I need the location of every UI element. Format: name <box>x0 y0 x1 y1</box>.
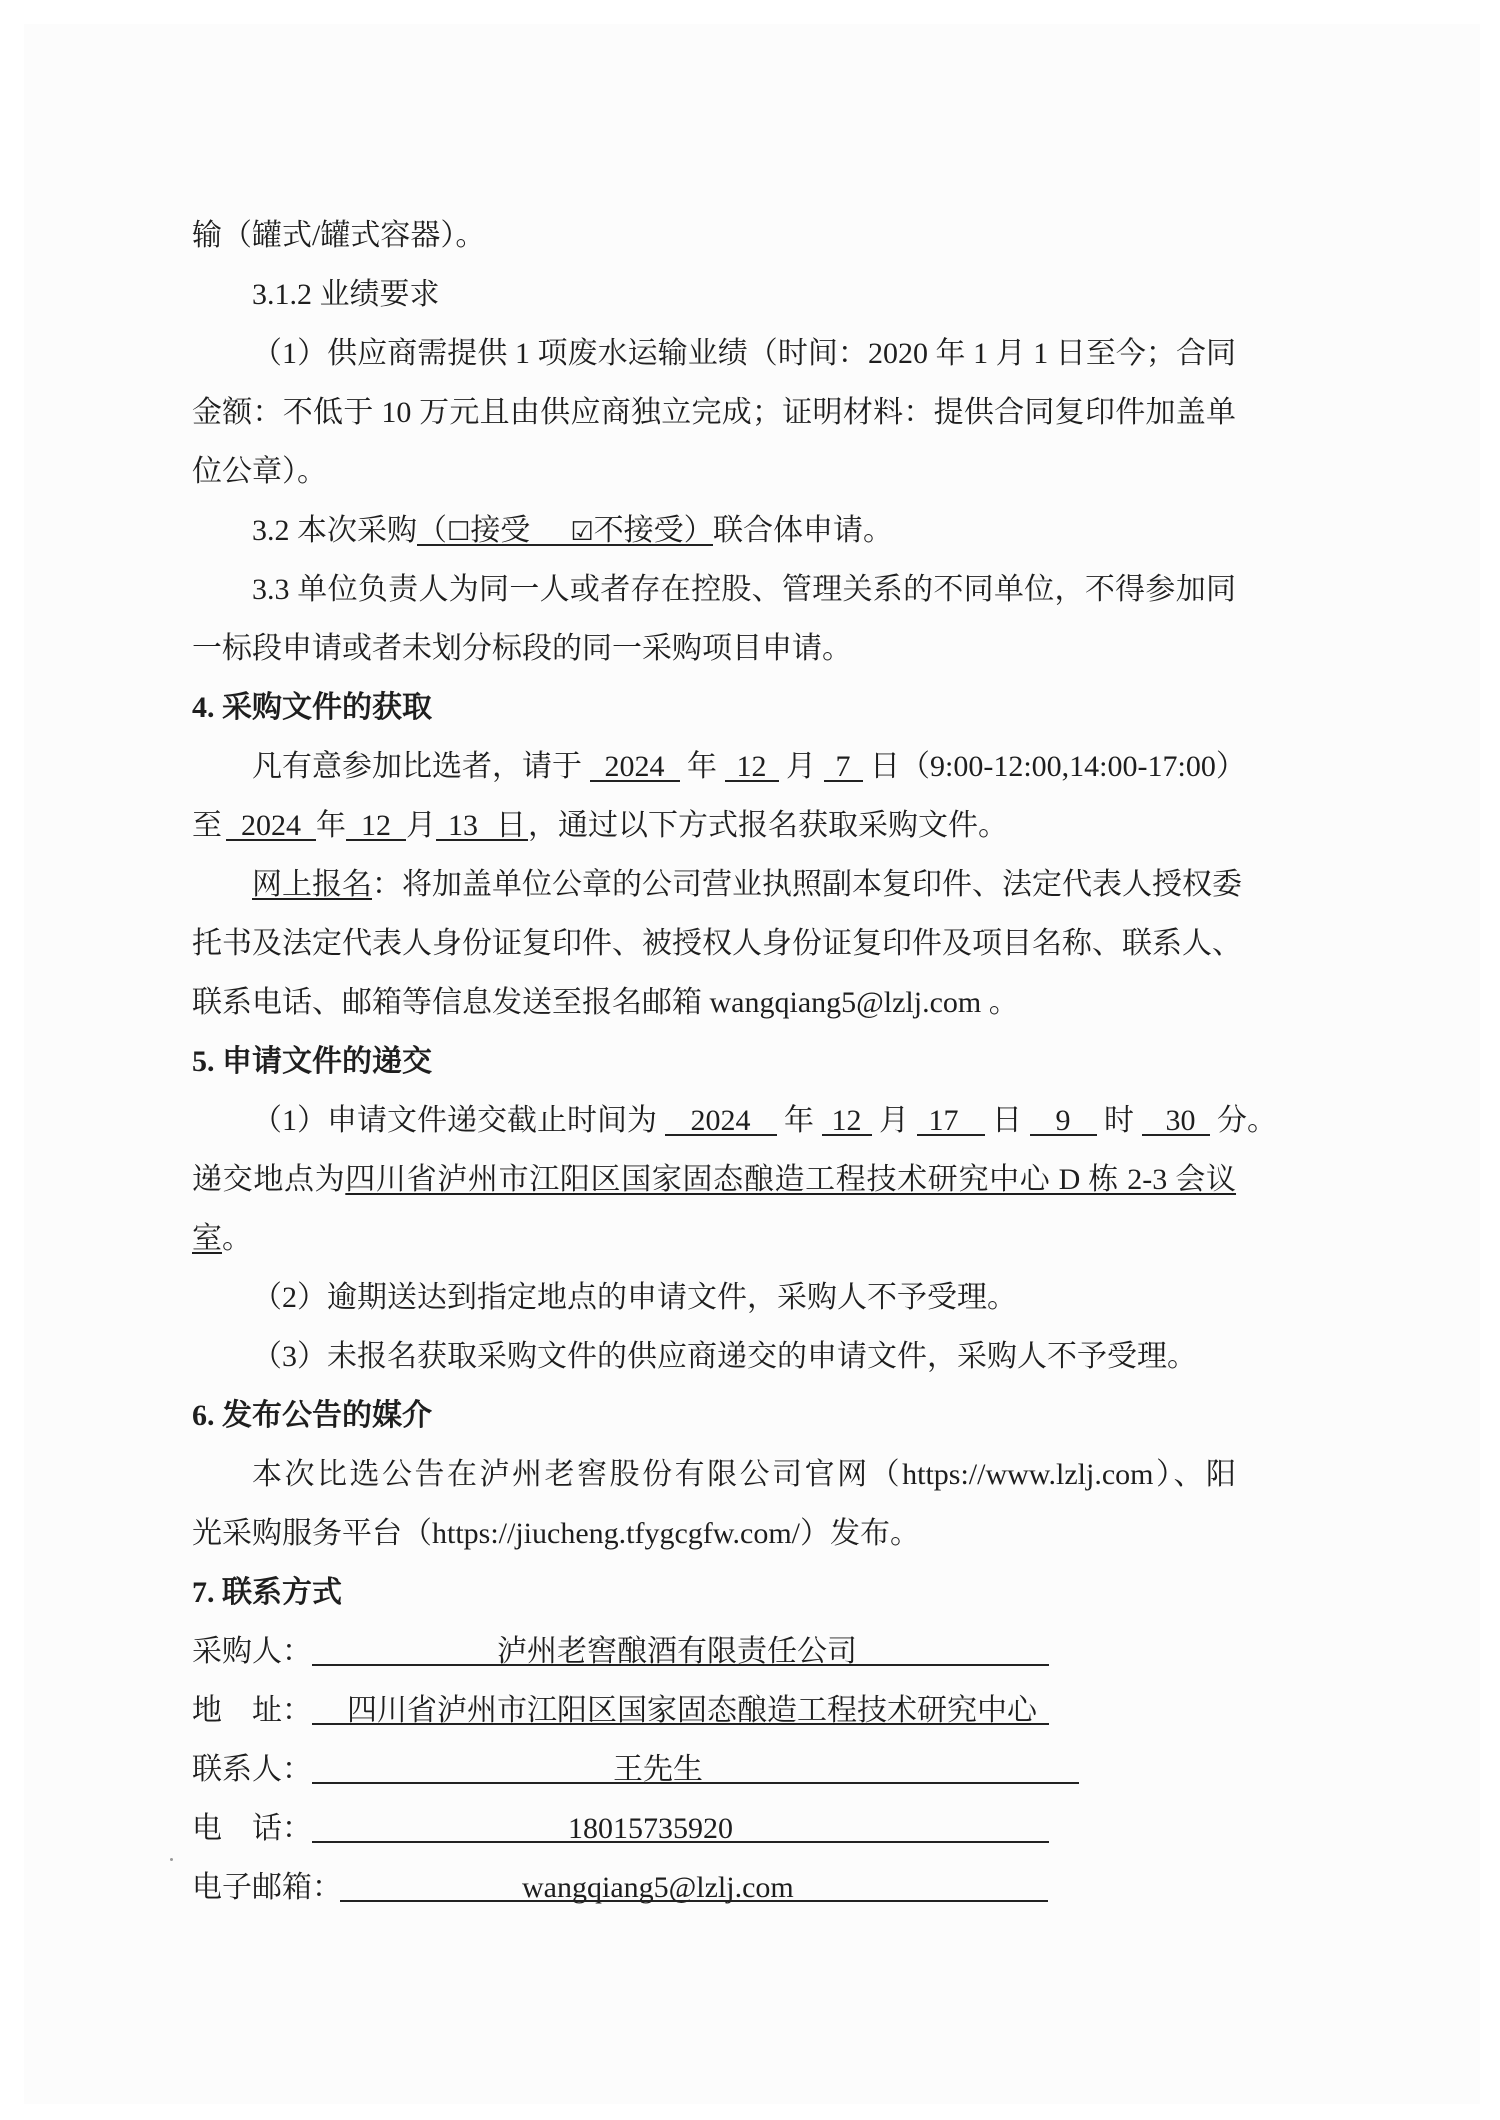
online-registration-line: 托书及法定代表人身份证复印件、被授权人身份证复印件及项目名称、联系人、 <box>192 914 1236 973</box>
performance-item-line: 金额：不低于 10 万元且由供应商独立完成；证明材料：提供合同复印件加盖单 <box>192 383 1236 442</box>
contact-row-purchaser: 采购人： 泸州老窖酿酒有限责任公司 <box>0 1622 1500 1681</box>
period-suffix: ，通过以下方式报名获取采购文件。 <box>528 809 1008 842</box>
location-address: 四川省泸州市江阳区国家固态酿造工程技术研究中心 D 栋 2-3 会议 <box>345 1163 1236 1196</box>
end-day-value: 13 <box>448 809 478 842</box>
deadline-prefix: （1）申请文件递交截止时间为 <box>252 1104 657 1137</box>
section-heading-7: 7. 联系方式 <box>192 1563 1236 1622</box>
section-heading-4: 4. 采购文件的获取 <box>192 678 1236 737</box>
period-prefix: 凡有意参加比选者，请于 <box>252 750 582 783</box>
contact-value: wangqiang5@lzlj.com <box>522 1858 794 1917</box>
performance-item-line: 位公章）。 <box>192 442 1236 501</box>
reject-label: 不接受 <box>594 514 684 547</box>
contact-field: wangqiang5@lzlj.com <box>340 1858 1048 1917</box>
end-day-field: 13日 <box>436 813 528 841</box>
publication-media-line: 本次比选公告在泸州老窖股份有限公司官网（https://www.lzlj.com… <box>252 1445 1236 1504</box>
submission-rule: （2）逾期送达到指定地点的申请文件，采购人不予受理。 <box>252 1268 1236 1327</box>
location-address: 室 <box>192 1222 222 1255</box>
minute-label: 分。 <box>1217 1104 1277 1137</box>
restriction-line: 3.3 单位负责人为同一人或者存在控股、管理关系的不同单位，不得参加同 <box>252 560 1236 619</box>
submission-location-line: 递交地点为四川省泸州市江阳区国家固态酿造工程技术研究中心 D 栋 2-3 会议 <box>192 1150 1236 1209</box>
contact-row-address: 地 址： 四川省泸州市江阳区国家固态酿造工程技术研究中心 <box>0 1681 1500 1740</box>
consortium-prefix: 3.2 本次采购 <box>252 514 417 547</box>
acquisition-period-end-line: 至2024年12月13日，通过以下方式报名获取采购文件。 <box>192 796 1236 855</box>
year-label: 年 <box>316 809 346 842</box>
registration-email-prefix: 联系电话、邮箱等信息发送至报名邮箱 <box>192 986 710 1019</box>
contact-row-person: 联系人： 王先生 <box>0 1740 1500 1799</box>
year-label: 年 <box>784 1104 814 1137</box>
submission-location-line: 室。 <box>192 1209 1236 1268</box>
year-label: 年 <box>687 750 717 783</box>
open-paren: （ <box>417 514 447 547</box>
day-label: 日 <box>870 750 900 783</box>
accept-label: 接受 <box>470 514 530 547</box>
contact-label: 电 话： <box>192 1799 312 1858</box>
contact-label: 采购人： <box>192 1622 312 1681</box>
deadline-month-field: 12 <box>822 1108 872 1136</box>
online-registration-label: 网上报名 <box>252 868 372 901</box>
start-year-field: 2024 <box>590 754 680 782</box>
scan-speck <box>170 1858 173 1861</box>
contact-field: 泸州老窖酿酒有限责任公司 <box>312 1622 1049 1681</box>
location-prefix: 递交地点为 <box>192 1163 345 1196</box>
contact-row-phone: 电 话： 18015735920 <box>0 1799 1500 1858</box>
office-hours: （9:00-12:00,14:00-17:00） <box>900 750 1246 783</box>
checkbox-checked-icon: ☑ <box>570 517 593 547</box>
checkbox-unchecked-icon: ☐ <box>447 517 470 547</box>
month-label: 月 <box>786 750 816 783</box>
consortium-suffix: 联合体申请。 <box>713 514 893 547</box>
subsection-heading-performance: 3.1.2 业绩要求 <box>252 265 1236 324</box>
consortium-clause: 3.2 本次采购（☐接受☑不接受）联合体申请。 <box>252 501 1236 560</box>
to-label: 至 <box>192 809 222 842</box>
contact-value: 四川省泸州市江阳区国家固态酿造工程技术研究中心 <box>347 1681 1037 1740</box>
close-paren: ） <box>684 514 714 547</box>
contact-value: 王先生 <box>613 1740 703 1799</box>
online-registration-line: 联系电话、邮箱等信息发送至报名邮箱 wangqiang5@lzlj.com 。 <box>192 973 1236 1032</box>
registration-email: wangqiang5@lzlj.com <box>710 986 982 1019</box>
deadline-day-field: 17 <box>917 1108 985 1136</box>
contact-label: 联系人： <box>192 1740 312 1799</box>
registration-email-suffix: 。 <box>981 986 1019 1019</box>
contact-field: 四川省泸州市江阳区国家固态酿造工程技术研究中心 <box>312 1681 1049 1740</box>
deadline-year-field: 2024 <box>665 1108 777 1136</box>
contact-field: 王先生 <box>312 1740 1079 1799</box>
hour-label: 时 <box>1104 1104 1134 1137</box>
day-label: 日 <box>992 1104 1022 1137</box>
contact-field: 18015735920 <box>312 1799 1049 1858</box>
start-month-field: 12 <box>725 754 779 782</box>
location-suffix: 。 <box>222 1222 252 1255</box>
contact-value: 泸州老窖酿酒有限责任公司 <box>497 1622 857 1681</box>
contact-label: 地 址： <box>192 1681 312 1740</box>
submission-deadline-line: （1）申请文件递交截止时间为 2024 年 12 月 17 日 9 时 30 分… <box>252 1091 1236 1150</box>
month-label: 月 <box>879 1104 909 1137</box>
continuation-line: 输（罐式/罐式容器）。 <box>192 206 1236 265</box>
submission-rule: （3）未报名获取采购文件的供应商递交的申请文件，采购人不予受理。 <box>252 1327 1236 1386</box>
start-day-field: 7 <box>824 754 863 782</box>
day-label: 日 <box>496 809 526 842</box>
performance-item-line: （1）供应商需提供 1 项废水运输业绩（时间：2020 年 1 月 1 日至今；… <box>252 324 1236 383</box>
end-year-field: 2024 <box>226 813 316 841</box>
month-label: 月 <box>406 809 436 842</box>
online-registration-text: ：将加盖单位公章的公司营业执照副本复印件、法定代表人授权委 <box>372 868 1242 901</box>
contact-label: 电子邮箱： <box>192 1858 342 1917</box>
section-heading-5: 5. 申请文件的递交 <box>192 1032 1236 1091</box>
restriction-line: 一标段申请或者未划分标段的同一采购项目申请。 <box>192 619 1236 678</box>
online-registration-line: 网上报名：将加盖单位公章的公司营业执照副本复印件、法定代表人授权委 <box>252 855 1236 914</box>
deadline-hour-field: 9 <box>1030 1108 1097 1136</box>
acquisition-period-line: 凡有意参加比选者，请于 2024 年 12 月 7 日（9:00-12:00,1… <box>252 737 1236 796</box>
deadline-minute-field: 30 <box>1142 1108 1210 1136</box>
consortium-options: （☐接受☑不接受） <box>417 518 713 546</box>
contact-value: 18015735920 <box>568 1799 733 1858</box>
publication-media-line: 光采购服务平台（https://jiucheng.tfygcgfw.com/）发… <box>192 1504 1236 1563</box>
end-month-field: 12 <box>346 813 406 841</box>
contact-row-email: 电子邮箱： wangqiang5@lzlj.com <box>0 1858 1500 1917</box>
section-heading-6: 6. 发布公告的媒介 <box>192 1386 1236 1445</box>
